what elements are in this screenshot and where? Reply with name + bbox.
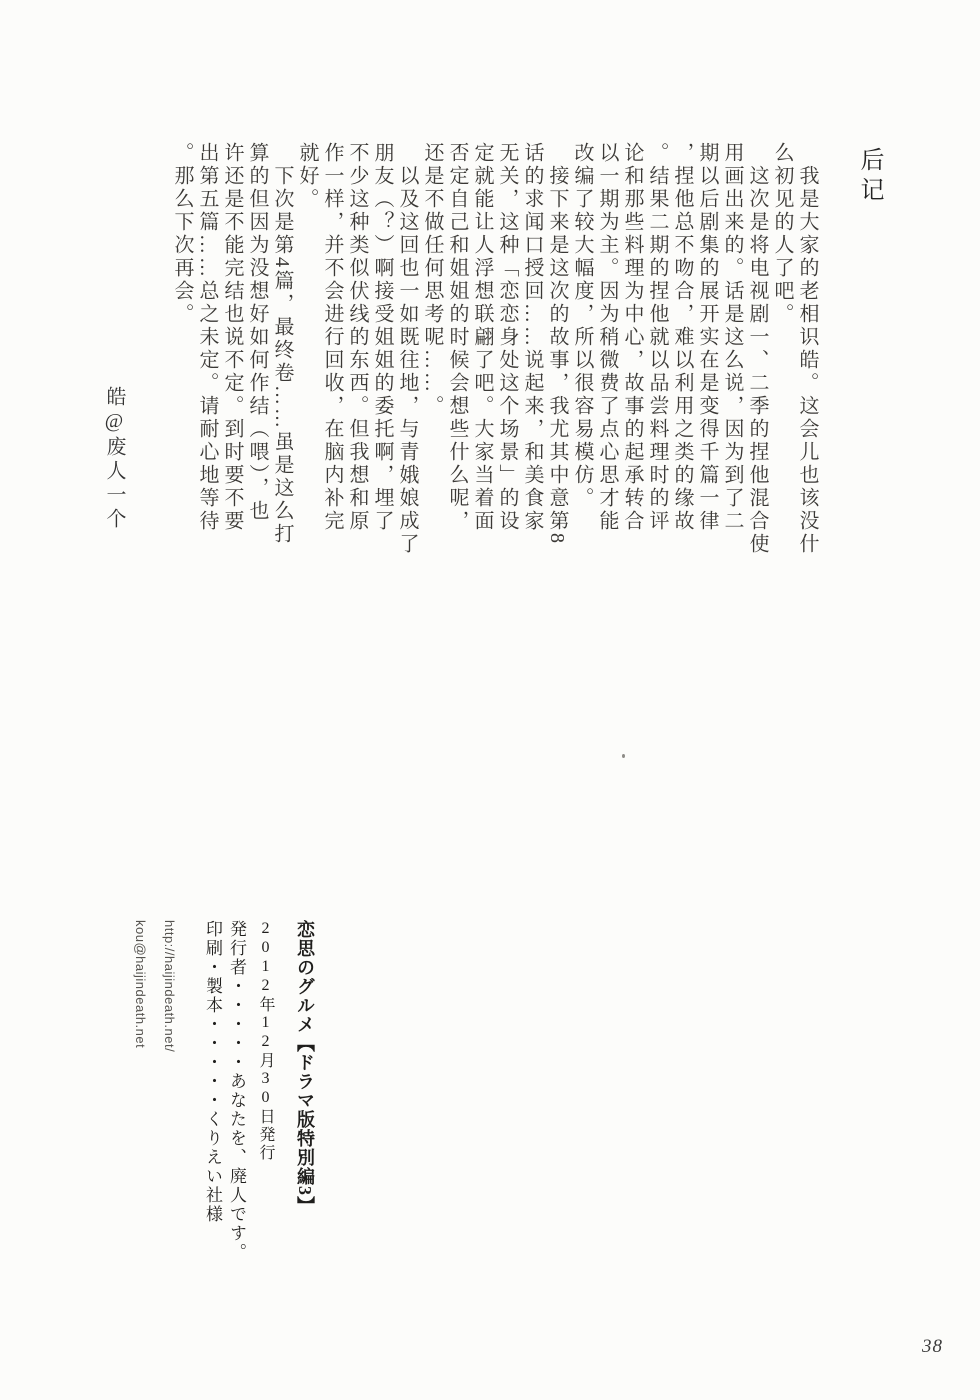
afterword-column: 用画出来的。话是这么说，因为到了二 (719, 142, 744, 590)
afterword-column: 。结果二期的捏他就以品尝料理时的评 (644, 142, 669, 590)
page: { "afterword": { "title": "后记", "columns… (0, 0, 980, 1400)
afterword-column: 定就能让人浮想联翩了吧。大家当着面 (469, 142, 494, 590)
colophon: 恋思のグルメ【ドラマ版特別編3】 2012年12月30日発行 発行者・・・・・あ… (126, 920, 318, 1320)
afterword-column: 期以后剧集的展开实在是变得千篇一律 (694, 142, 719, 590)
colophon-email: kou@haijindeath.net (126, 920, 155, 1320)
afterword-column: 出第五篇……总之未定。请耐心地等待 (194, 142, 219, 590)
afterword-body: 我是大家的老相识皓。这会儿也该没什 么初见的人了吧。 这次是将电视剧一、二季的捏… (167, 142, 819, 590)
afterword-column: 么初见的人了吧。 (769, 142, 794, 590)
colophon-publish-date: 2012年12月30日発行 (252, 920, 278, 1320)
afterword-column: 这次是将电视剧一、二季的捏他混合使 (744, 142, 769, 590)
colophon-publisher: 発行者・・・・・あなたを、廃人です。 (224, 920, 248, 1320)
afterword-column: 接下来是这次的故事，我尤其中意第8 (544, 142, 569, 590)
afterword-column: 下次是第4篇，最终卷……虽是这么打 (269, 142, 294, 590)
colophon-website-url: http://haijindeath.net/ (155, 920, 184, 1320)
afterword-column: 就好。 (294, 142, 319, 590)
afterword-heading: 后记 (852, 147, 887, 207)
afterword-column: 朋友（？）啊接受姐姐的委托啊，埋了 (369, 142, 394, 590)
afterword-column: 。那么下次再会。 (169, 142, 194, 590)
afterword-column: 算的但因为没想好如何作结（喂），也 (244, 142, 269, 590)
afterword-column: 以一期为主。因为稍微费了点心思才能 (594, 142, 619, 590)
afterword-column: 我是大家的老相识皓。这会儿也该没什 (794, 142, 819, 590)
colophon-printing: 印刷・製本・・・・・くりえい社様 (200, 920, 224, 1320)
afterword-column: 话的求闻口授回……说起来，和美食家 (519, 142, 544, 590)
afterword-column: 无关，这种「恋恋身处这个场景」的设 (494, 142, 519, 590)
afterword-column: 改编了较大幅度，所以很容易模仿。 (569, 142, 594, 590)
afterword-column: 许还是不能完结也说不定。到时要不要 (219, 142, 244, 590)
author-signature: 皓@废人一个 (100, 386, 129, 532)
print-speck (622, 754, 625, 758)
afterword-column: 否定自己和姐姐的时候会想些什么呢， (444, 142, 469, 590)
afterword-column: 还是不做任何思考呢……。 (419, 142, 444, 590)
colophon-book-title: 恋思のグルメ【ドラマ版特別編3】 (291, 920, 318, 1320)
afterword-column: 论和那些料理为中心，故事的起承转合 (619, 142, 644, 590)
afterword-column: 不少这种类似伏线的东西。但我想和原 (344, 142, 369, 590)
afterword-column: ，捏他总不吻合，难以利用之类的缘故 (669, 142, 694, 590)
afterword-column: 以及这回也一如既往地，与青娥娘成了 (394, 142, 419, 590)
afterword-column: 作一样，并不会进行回收，在脑内补完 (319, 142, 344, 590)
page-number: 38 (922, 1336, 943, 1358)
